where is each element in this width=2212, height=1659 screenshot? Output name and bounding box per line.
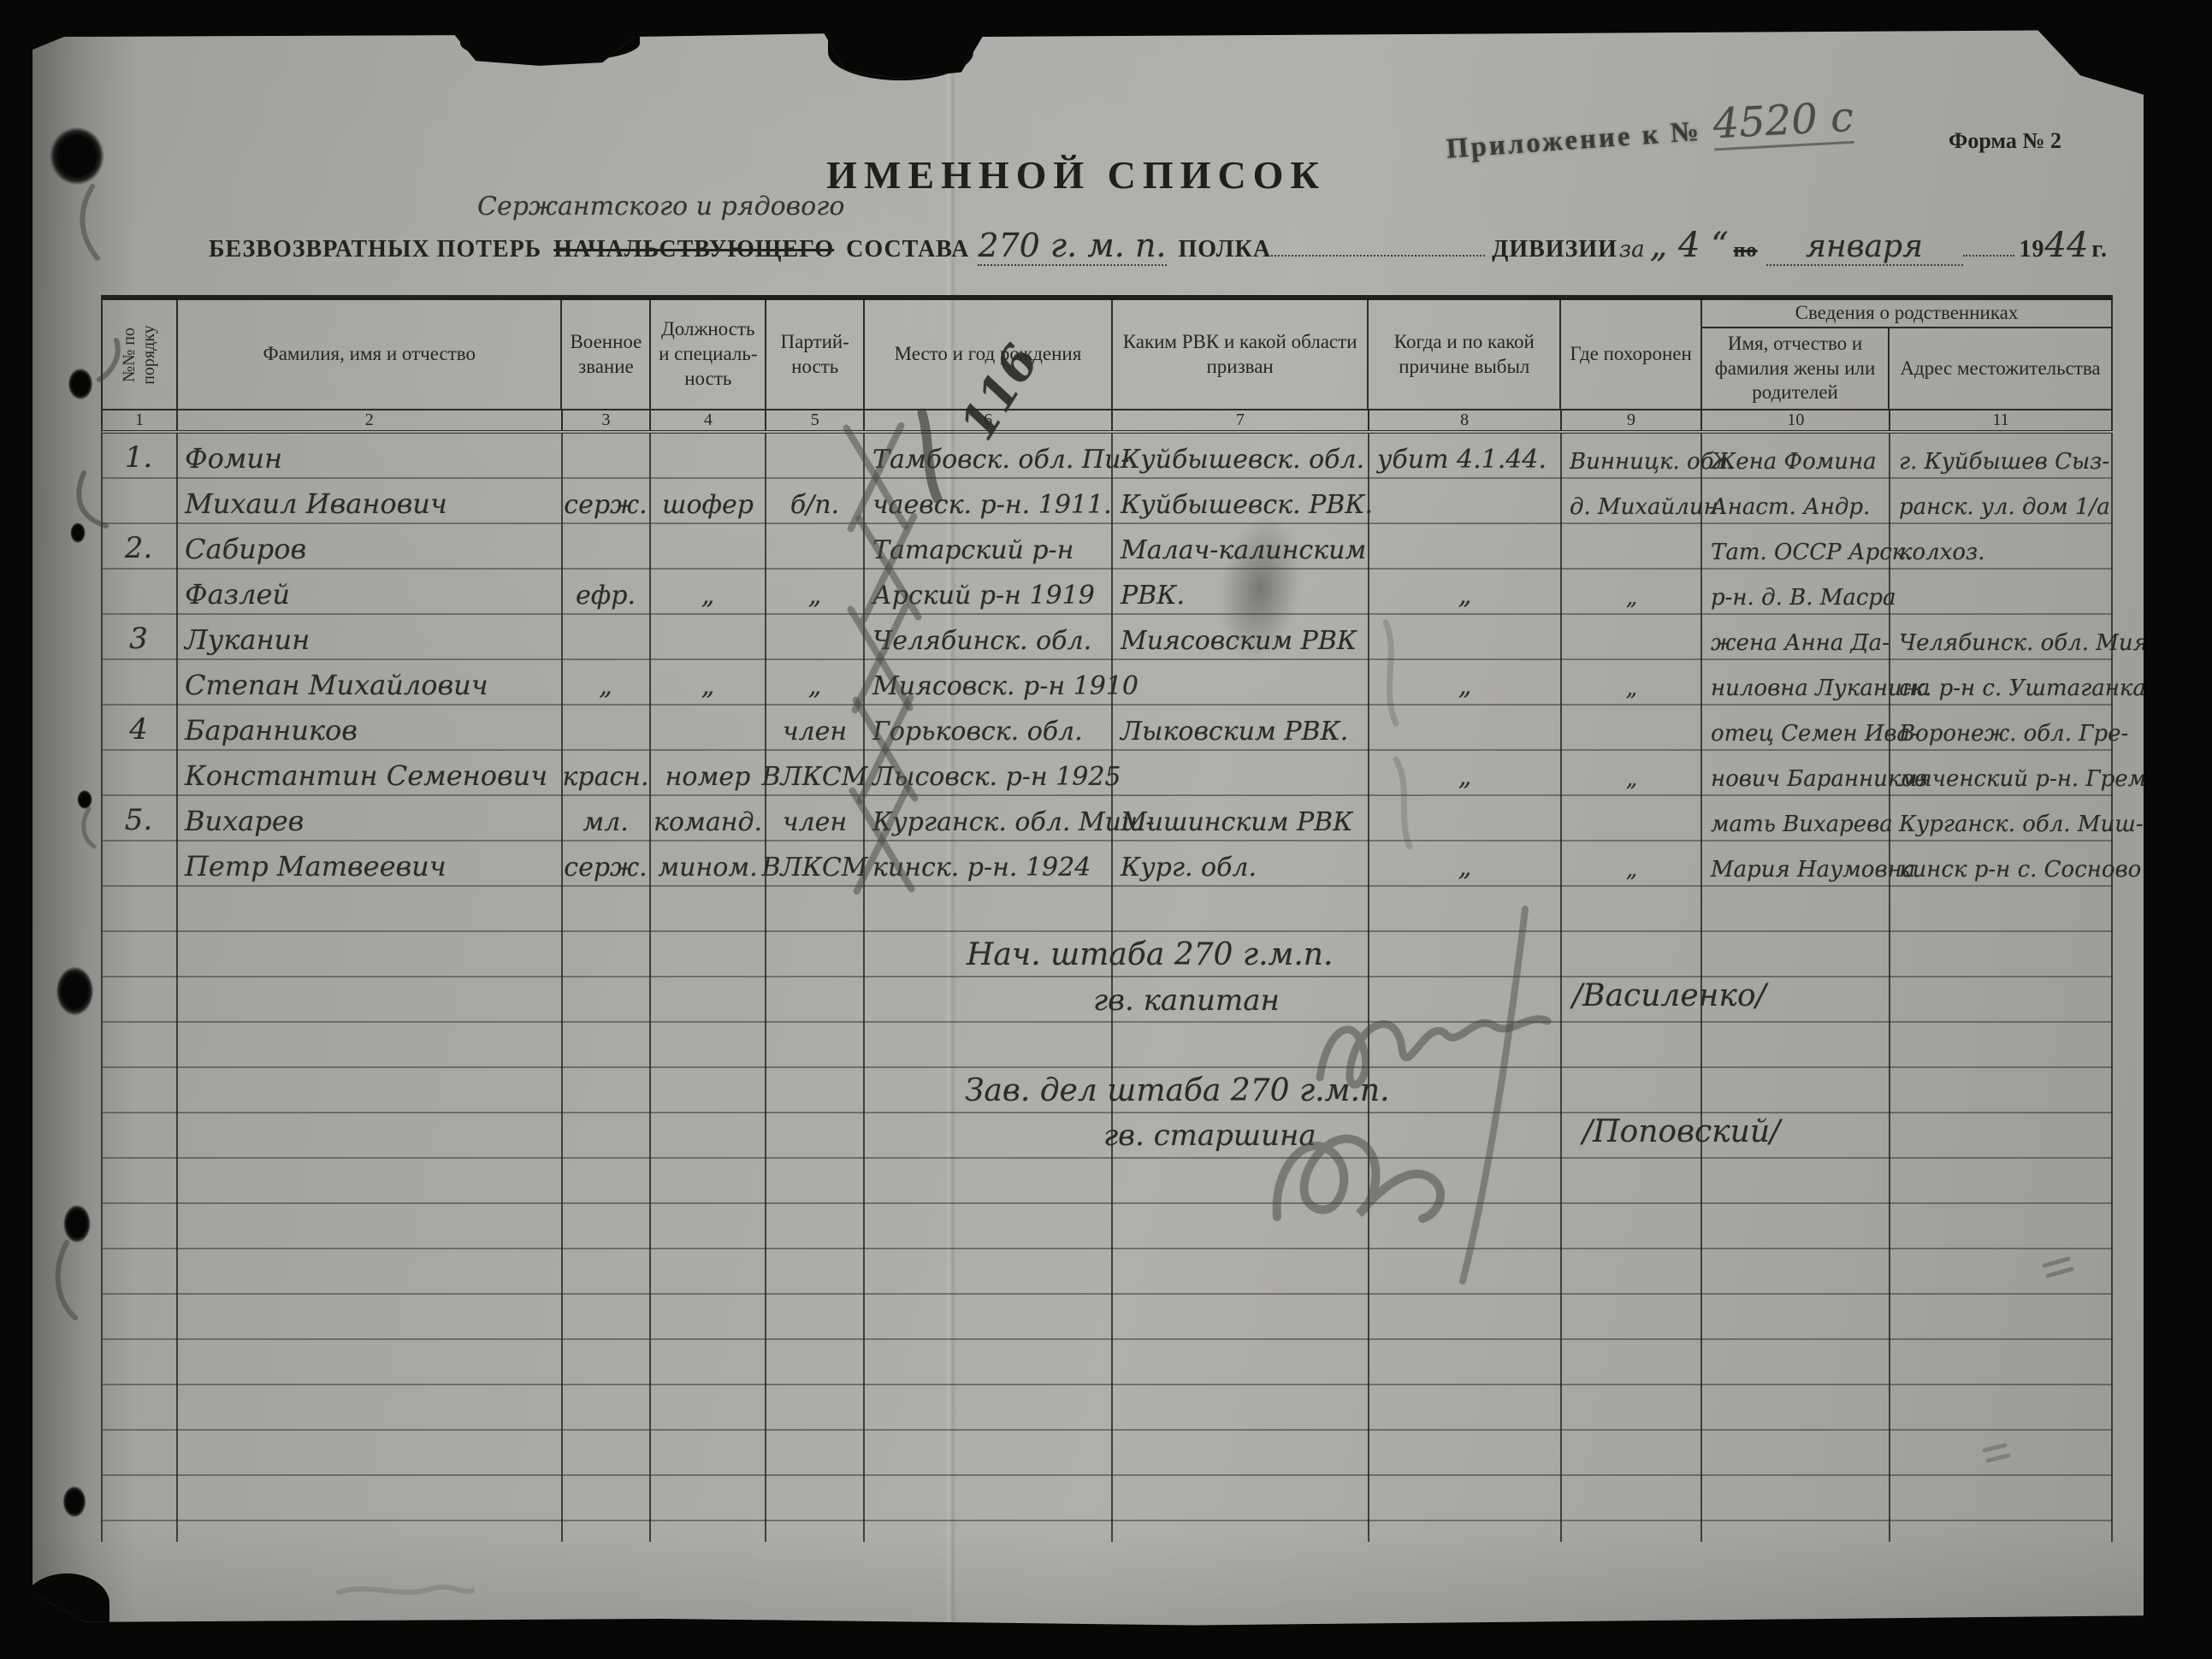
row-number: 3 <box>101 615 176 660</box>
row-number: 4 <box>101 706 176 751</box>
relatives-group-title: Сведения о родственниках <box>1702 300 2111 328</box>
struck-po: по <box>1734 239 1758 263</box>
table-row: 4 БаранниковКонстантин Семенович красн. … <box>101 706 2113 796</box>
col-num: 1 <box>103 410 178 430</box>
party <box>766 615 864 660</box>
burial-place: „ <box>1561 660 1702 706</box>
surname: Луканин <box>176 615 561 660</box>
stamp-text: Приложение к № <box>1446 116 1703 166</box>
punch-hole <box>60 1200 94 1248</box>
hand-day: „ 4 “ <box>1650 226 1729 265</box>
unit-designation: 270 г. м. п. <box>978 227 1166 266</box>
duty: „ <box>650 660 766 706</box>
hand-month: января <box>1766 229 1963 266</box>
burial-place: „ <box>1561 841 1702 887</box>
given-patronymic: Константин Семенович <box>176 751 561 796</box>
pencil-faint-writing <box>339 1587 472 1592</box>
relative-address: Челябинск. обл. Миясов- <box>1890 615 2113 660</box>
table-row: 3 ЛуканинСтепан Михайлович „ „ „ Челябин… <box>101 615 2113 706</box>
birthplace: Курганск. обл. Миш- <box>864 796 1112 841</box>
relative-name: Анаст. Андр. <box>1702 479 1890 524</box>
party: член <box>766 706 864 751</box>
duty <box>650 615 766 660</box>
header-relative-address: Адрес местожительства <box>1890 328 2111 409</box>
torn-edge-notch <box>828 24 973 80</box>
year-printed: 19 <box>2020 236 2045 263</box>
header-label: №№ по порядку <box>120 323 159 387</box>
draft-office: Кург. обл. <box>1112 841 1369 887</box>
subtitle-polka: ПОЛКА <box>1179 236 1272 263</box>
relative-name: ниловна Луканина <box>1702 660 1890 706</box>
loss-date-cause: „ <box>1369 751 1561 796</box>
hand-za: за <box>1619 237 1645 263</box>
loss-date-cause: „ <box>1369 841 1561 887</box>
signature-name-1: /Василенко/ <box>1572 978 1766 1013</box>
header-name: Фамилия, имя и отчество <box>178 300 562 409</box>
relative-address: колхоз. <box>1890 524 2113 570</box>
rank: красн. <box>561 751 650 796</box>
pencil-arc <box>83 186 98 258</box>
pencil-arc <box>84 809 94 847</box>
col-num: 10 <box>1702 410 1890 430</box>
rank: „ <box>561 660 650 706</box>
rank <box>561 524 650 570</box>
form-number: Форма № 2 <box>1949 128 2061 154</box>
burial-place: „ <box>1561 570 1702 615</box>
col-num: 11 <box>1890 410 2113 430</box>
burial-place: „ <box>1561 751 1702 796</box>
party: ВЛКСМ <box>766 751 864 796</box>
subtitle-sostava: СОСТАВА <box>846 236 969 263</box>
header-row-number: №№ по порядку <box>103 300 178 409</box>
burial-place <box>1561 706 1702 751</box>
signature-rank-2: гв. старшина <box>1103 1119 1316 1153</box>
relative-address: кинск р-н с. Сосново <box>1890 841 2113 887</box>
year-suffix: г. <box>2091 236 2108 263</box>
burial-place: Винницк. обл. <box>1561 434 1702 479</box>
duty: команд. <box>650 796 766 841</box>
punch-hole <box>43 120 111 192</box>
header-relative-name: Имя, отчество и фамилия жены или родител… <box>1702 328 1890 409</box>
col-num: 2 <box>178 410 563 430</box>
party: б/п. <box>766 479 864 524</box>
col-num: 9 <box>1562 410 1703 430</box>
torn-edge-bottom <box>24 1573 109 1633</box>
handwritten-correction: Сержантского и рядового <box>477 192 844 221</box>
duty: мином. <box>650 841 766 887</box>
dotted-leader <box>1963 255 2014 257</box>
surname: Баранников <box>176 706 561 751</box>
surname: Сабиров <box>176 524 561 570</box>
pencil-arc <box>58 1243 75 1318</box>
signature-rank-1: гв. капитан <box>1093 983 1280 1018</box>
row-number: 5. <box>101 796 176 841</box>
relative-address: мяченский р-н. Гремяч. с/с <box>1890 751 2113 796</box>
rank <box>561 615 650 660</box>
loss-date-cause <box>1369 615 1561 660</box>
subtitle-prefix: БЕЗВОЗВРАТНЫХ ПОТЕРЬ <box>209 236 541 263</box>
paper-sheet: Приложение к № 4520 с Форма № 2 ИМЕННОЙ … <box>33 24 2144 1632</box>
loss-date-cause: „ <box>1369 570 1561 615</box>
draft-office <box>1112 751 1369 796</box>
surname: Вихарев <box>176 796 561 841</box>
punch-hole <box>60 1482 89 1521</box>
row-number: 2. <box>101 524 176 570</box>
relative-address: ранск. ул. дом 1/а <box>1890 479 2113 524</box>
torn-edge-notch <box>460 24 640 62</box>
relative-address: г. Куйбышев Сыз- <box>1890 434 2113 479</box>
punch-hole <box>68 520 87 546</box>
signature-name-2: /Поповский/ <box>1582 1114 1780 1149</box>
col-num: 7 <box>1113 410 1369 430</box>
punch-hole <box>51 960 98 1022</box>
burial-place <box>1561 796 1702 841</box>
duty: шофер <box>650 479 766 524</box>
subtitle-division: ДИВИЗИИ <box>1492 236 1618 263</box>
draft-office: Мишинским РВК <box>1112 796 1369 841</box>
relative-name: Мария Наумовна <box>1702 841 1890 887</box>
party <box>766 524 864 570</box>
relative-name: нович Баранников <box>1702 751 1890 796</box>
relative-name: мать Вихарева <box>1702 796 1890 841</box>
birthplace: Челябинск. обл. <box>864 615 1112 660</box>
signature-role-2: Зав. дел штаба 270 г.м.п. <box>965 1073 1390 1108</box>
birthplace: Горьковск. обл. <box>864 706 1112 751</box>
duty <box>650 706 766 751</box>
table-row: 2. СабировФазлей ефр. „ „ Татарский р-нА… <box>101 524 2113 615</box>
punch-hole <box>65 364 96 404</box>
loss-date-cause: „ <box>1369 660 1561 706</box>
rank: мл. <box>561 796 650 841</box>
given-patronymic: Михаил Иванович <box>176 479 561 524</box>
loss-date-cause <box>1369 479 1561 524</box>
stamp-number: 4520 с <box>1712 93 1854 151</box>
signature-role-1: Нач. штаба 270 г.м.п. <box>967 937 1333 972</box>
header-rvk: Каким РВК и какой области призван <box>1113 300 1369 409</box>
birthplace: Миясовск. р-н 1910 <box>864 660 1112 706</box>
page-title: ИМЕННОЙ СПИСОК <box>802 152 1350 198</box>
relative-address: ск. р-н с. Уштаганка <box>1890 660 2113 706</box>
duty: номер <box>650 751 766 796</box>
loss-date-cause <box>1369 524 1561 570</box>
relative-name: жена Анна Да- <box>1702 615 1890 660</box>
column-number-row: 1 2 3 4 5 6 7 8 9 10 11 <box>101 410 2113 434</box>
duty: „ <box>650 570 766 615</box>
header-rank: Военное звание <box>562 300 651 409</box>
party: „ <box>766 570 864 615</box>
draft-office: Лыковским РВК. <box>1112 706 1369 751</box>
burial-place <box>1561 615 1702 660</box>
table-row: 5. ВихаревПетр Матвеевич мл.серж. команд… <box>101 796 2113 887</box>
birthplace: Татарский р-н <box>864 524 1112 570</box>
subtitle-line: БЕЗВОЗВРАТНЫХ ПОТЕРЬ НАЧАЛЬСТВУЮЩЕГО СОС… <box>209 226 2108 266</box>
burial-place: д. Михайлин <box>1561 479 1702 524</box>
birthplace: чаевск. р-н. 1911. <box>864 479 1112 524</box>
draft-office: Куйбышевск. обл. <box>1112 434 1369 479</box>
party <box>766 434 864 479</box>
loss-date-cause: убит 4.1.44. <box>1369 434 1561 479</box>
rank <box>561 434 650 479</box>
party: ВЛКСМ <box>766 841 864 887</box>
loss-date-cause <box>1369 796 1561 841</box>
birthplace: Лысовск. р-н 1925 <box>864 751 1112 796</box>
col-num: 8 <box>1369 410 1562 430</box>
given-patronymic: Степан Михайлович <box>176 660 561 706</box>
table-row: 1. ФоминМихаил Иванович серж. шофер б/п.… <box>101 434 2113 524</box>
rank: серж. <box>561 841 650 887</box>
surname: Фомин <box>176 434 561 479</box>
given-patronymic: Петр Матвеевич <box>176 841 561 887</box>
table-header: №№ по порядку Фамилия, имя и отчество Во… <box>101 295 2113 410</box>
scanned-document-page: { "page": { "stamp_line": "Приложение к … <box>0 0 2212 1659</box>
birthplace: Арский р-н 1919 <box>864 570 1112 615</box>
relative-name: Тат. ОССР Арск. <box>1702 524 1890 570</box>
year-hand: 44 <box>2045 226 2089 265</box>
duty <box>650 434 766 479</box>
relative-name: Жена Фомина <box>1702 434 1890 479</box>
col-num: 5 <box>766 410 865 430</box>
loss-date-cause <box>1369 706 1561 751</box>
party: член <box>766 796 864 841</box>
relative-address <box>1890 570 2113 615</box>
header-duty: Должность и специаль- ность <box>651 300 766 409</box>
relative-name: отец Семен Ива- <box>1702 706 1890 751</box>
rank <box>561 706 650 751</box>
duty <box>650 524 766 570</box>
subtitle-struck-word: НАЧАЛЬСТВУЮЩЕГО <box>553 236 834 263</box>
header-party: Партий- ность <box>766 300 865 409</box>
burial-place <box>1561 524 1702 570</box>
header-relatives-group: Сведения о родственниках Имя, отчество и… <box>1702 300 2113 409</box>
row-number: 1. <box>101 434 176 479</box>
birthplace: кинск. р-н. 1924 <box>864 841 1112 887</box>
header-when-lost: Когда и по какой причине выбыл <box>1369 300 1561 409</box>
rank: серж. <box>561 479 650 524</box>
party: „ <box>766 660 864 706</box>
relative-address: Воронеж. обл. Гре- <box>1890 706 2113 751</box>
col-num: 3 <box>563 410 652 430</box>
punch-hole <box>75 788 94 812</box>
relative-address: Курганск. обл. Миш- <box>1890 796 2113 841</box>
given-patronymic: Фазлей <box>176 570 561 615</box>
col-num: 4 <box>651 410 766 430</box>
relative-name: р-н. д. В. Масра <box>1702 570 1890 615</box>
dotted-leader <box>1271 255 1485 257</box>
header-burial: Где похоронен <box>1561 300 1702 409</box>
casualty-table: №№ по порядку Фамилия, имя и отчество Во… <box>101 295 2113 1542</box>
rank: ефр. <box>561 570 650 615</box>
appendix-stamp: Приложение к № 4520 с <box>1445 92 1855 170</box>
